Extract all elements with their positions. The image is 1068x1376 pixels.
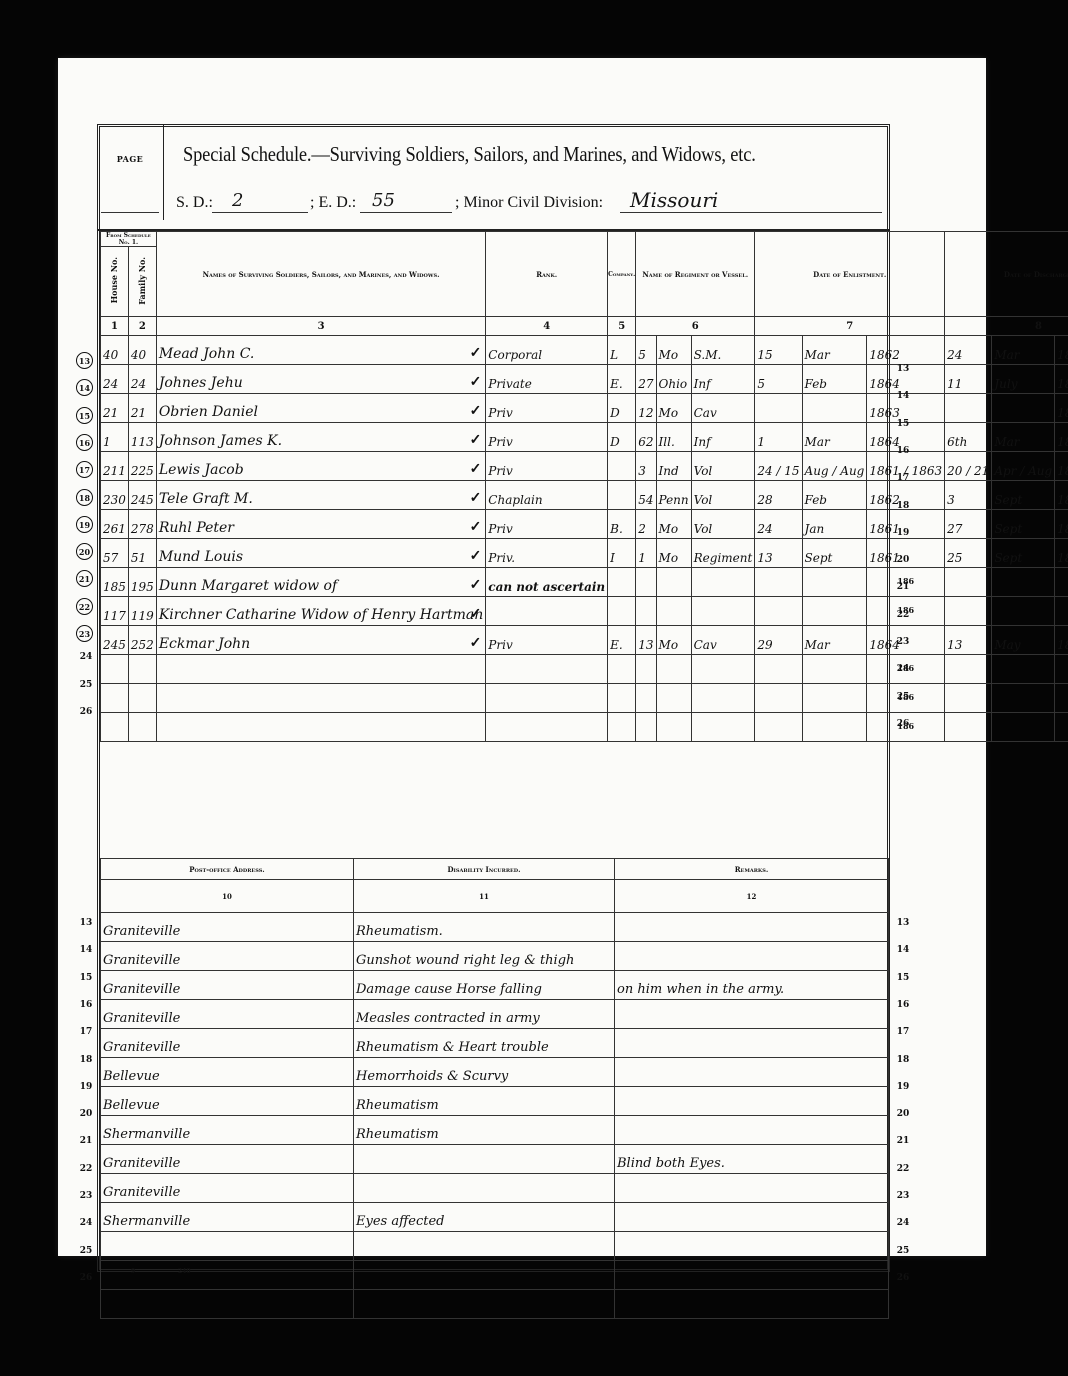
remarks-cell	[615, 1290, 889, 1319]
table-row	[101, 1261, 889, 1290]
disability-cell	[354, 1174, 615, 1203]
line-number-right: 22	[893, 610, 913, 620]
address-cell: Graniteville	[101, 1145, 354, 1174]
discharge-day-cell	[945, 394, 992, 423]
line-number-right: 26	[893, 1273, 913, 1283]
discharge-year-cell: 1865	[1055, 365, 1068, 394]
table-row: GranitevilleRheumatism & Heart trouble	[101, 1029, 889, 1058]
regiment-state-cell	[656, 597, 691, 626]
disability-cell: Eyes affected	[354, 1203, 615, 1232]
discharge-day-cell: 6th	[945, 423, 992, 452]
regiment-type-cell	[691, 713, 755, 742]
footer-code-b: 240	[178, 1268, 191, 1275]
enlistment-month-cell	[802, 597, 867, 626]
name-cell: Mund Louis✓	[156, 539, 485, 568]
regiment-type-cell: Cav	[691, 394, 755, 423]
line-number-right: 26	[893, 719, 913, 729]
regiment-state-cell	[656, 713, 691, 742]
discharge-day-cell	[945, 597, 992, 626]
enlistment-day-cell	[755, 713, 802, 742]
colnum-11: 11	[354, 880, 615, 913]
regiment-number-cell: 13	[636, 626, 656, 655]
line-number-right: 17	[893, 1027, 913, 1037]
discharge-year-cell: 1866	[1055, 626, 1068, 655]
family-no-cell	[128, 713, 156, 742]
enlistment-day-cell: 29	[755, 626, 802, 655]
family-no-cell: 252	[128, 626, 156, 655]
enlistment-month-cell: Aug / Aug	[802, 452, 867, 481]
line-number-right: 14	[893, 945, 913, 955]
enlistment-day-cell: 15	[755, 336, 802, 365]
discharge-day-cell	[945, 684, 992, 713]
regiment-number-cell: 3	[636, 452, 656, 481]
name-cell: Johnson James K.✓	[156, 423, 485, 452]
remarks-cell: on him when in the army.	[615, 971, 889, 1000]
remarks-cell: Blind both Eyes.	[615, 1145, 889, 1174]
regiment-state-cell: Mo	[656, 394, 691, 423]
house-no-cell: 57	[101, 539, 129, 568]
remarks-cell	[615, 942, 889, 971]
discharge-month-cell: July	[992, 365, 1055, 394]
company-cell: D	[608, 423, 636, 452]
regiment-state-cell: Ohio	[656, 365, 691, 394]
company-cell	[608, 713, 636, 742]
company-cell	[608, 597, 636, 626]
remarks-cell	[615, 1232, 889, 1261]
col-rank-header: Rank.	[486, 232, 608, 317]
address-cell: Graniteville	[101, 1000, 354, 1029]
house-no-cell	[101, 713, 129, 742]
discharge-year-cell: 186	[1055, 684, 1068, 713]
table-row: BellevueRheumatism	[101, 1087, 889, 1116]
line-number-left: 26	[76, 1273, 96, 1283]
family-no-cell: 245	[128, 481, 156, 510]
family-no-cell	[128, 684, 156, 713]
disability-cell	[354, 1232, 615, 1261]
rank-cell: Priv.	[486, 539, 608, 568]
table-row: 186186	[101, 655, 1068, 684]
enlistment-month-cell	[802, 684, 867, 713]
house-no-cell	[101, 655, 129, 684]
discharge-day-cell: 24	[945, 336, 992, 365]
discharge-year-cell: 1862 / 1865	[1055, 452, 1068, 481]
table-row: Graniteville	[101, 1174, 889, 1203]
sd-value: 2	[232, 190, 243, 211]
regiment-type-cell: Vol	[691, 452, 755, 481]
line-number-left: 14	[76, 945, 96, 955]
address-cell	[101, 1232, 354, 1261]
line-number-right: 15	[893, 419, 913, 429]
disability-cell: Gunshot wound right leg & thigh	[354, 942, 615, 971]
checkmark-icon: ✓	[470, 635, 482, 651]
address-cell: Shermanville	[101, 1116, 354, 1145]
disability-cell: Rheumatism	[354, 1116, 615, 1145]
name-cell	[156, 684, 485, 713]
mcd-fill-line	[620, 212, 882, 213]
colnum-1: 1	[101, 317, 129, 336]
company-cell: I	[608, 539, 636, 568]
enlistment-month-cell	[802, 713, 867, 742]
line-number-left: 23	[76, 625, 93, 642]
enlistment-day-cell: 5	[755, 365, 802, 394]
remarks-cell	[615, 1174, 889, 1203]
line-number-left: 22	[76, 1164, 96, 1174]
line-number-left: 24	[76, 652, 96, 662]
col-enlistment-header: Date of Enlistment.	[755, 232, 945, 317]
disability-cell: Rheumatism.	[354, 913, 615, 942]
family-no-cell: 113	[128, 423, 156, 452]
address-cell: Graniteville	[101, 971, 354, 1000]
rank-cell: Corporal	[486, 336, 608, 365]
remarks-cell	[615, 1203, 889, 1232]
table-row: 5751Mund Louis✓Priv.I1MoRegiment13Sept18…	[101, 539, 1068, 568]
house-no-cell: 230	[101, 481, 129, 510]
sd-fill-line	[212, 212, 308, 213]
regiment-type-cell: Vol	[691, 510, 755, 539]
regiment-type-cell: Inf	[691, 365, 755, 394]
company-cell: L	[608, 336, 636, 365]
discharge-day-cell	[945, 713, 992, 742]
disability-cell: Measles contracted in army	[354, 1000, 615, 1029]
line-number-right: 15	[893, 973, 913, 983]
checkmark-icon: ✓	[470, 519, 482, 535]
line-number-left: 22	[76, 598, 93, 615]
regiment-number-cell	[636, 713, 656, 742]
address-cell	[101, 1261, 354, 1290]
disability-cell: Rheumatism	[354, 1087, 615, 1116]
line-number-right: 21	[893, 582, 913, 592]
house-no-cell: 185	[101, 568, 129, 597]
colnum-3: 3	[156, 317, 485, 336]
rank-cell: Priv	[486, 423, 608, 452]
disability-cell: Rheumatism & Heart trouble	[354, 1029, 615, 1058]
checkmark-icon: ✓	[470, 577, 482, 593]
line-number-right: 16	[893, 446, 913, 456]
enlistment-month-cell: Jan	[802, 510, 867, 539]
table-row: 2121Obrien Daniel✓PrivD12MoCav18631865	[101, 394, 1068, 423]
enlistment-year-cell: 1862	[867, 336, 945, 365]
line-number-left: 13	[76, 918, 96, 928]
discharge-month-cell	[992, 713, 1055, 742]
line-number-left: 25	[76, 1246, 96, 1256]
company-cell	[608, 568, 636, 597]
line-number-left: 18	[76, 489, 93, 506]
regiment-type-cell: Inf	[691, 423, 755, 452]
discharge-day-cell: 13	[945, 626, 992, 655]
name-cell: Dunn Margaret widow of✓	[156, 568, 485, 597]
remarks-cell	[615, 1116, 889, 1145]
table-row: 2424Johnes Jehu✓PrivateE.27OhioInf5Feb18…	[101, 365, 1068, 394]
remarks-cell	[615, 1000, 889, 1029]
regiment-number-cell: 54	[636, 481, 656, 510]
address-cell: Graniteville	[101, 1174, 354, 1203]
line-number-right: 17	[893, 473, 913, 483]
name-cell	[156, 655, 485, 684]
regiment-state-cell: Mo	[656, 510, 691, 539]
regiment-state-cell: Ind	[656, 452, 691, 481]
family-no-cell: 24	[128, 365, 156, 394]
enlistment-month-cell: Mar	[802, 626, 867, 655]
enlistment-month-cell	[802, 655, 867, 684]
line-number-left: 21	[76, 1136, 96, 1146]
from-schedule-header: From Schedule No. 1.	[101, 232, 157, 247]
enlistment-day-cell	[755, 597, 802, 626]
enlistment-month-cell: Feb	[802, 481, 867, 510]
discharge-month-cell	[992, 597, 1055, 626]
enlistment-day-cell	[755, 394, 802, 423]
remarks-cell	[615, 1058, 889, 1087]
regiment-type-cell: Vol	[691, 481, 755, 510]
line-number-left: 24	[76, 1218, 96, 1228]
table-row: GranitevilleDamage cause Horse fallingon…	[101, 971, 889, 1000]
enlistment-day-cell: 1	[755, 423, 802, 452]
checkmark-icon: ✓	[470, 345, 482, 361]
regiment-number-cell: 12	[636, 394, 656, 423]
table-row: GranitevilleMeasles contracted in army	[101, 1000, 889, 1029]
discharge-month-cell	[992, 684, 1055, 713]
rank-cell	[486, 713, 608, 742]
line-number-right: 13	[893, 364, 913, 374]
colnum-6: 6	[636, 317, 755, 336]
discharge-month-cell: Mar	[992, 336, 1055, 365]
discharge-year-cell: 1865	[1055, 394, 1068, 423]
enlistment-month-cell: Sept	[802, 539, 867, 568]
family-no-cell: 225	[128, 452, 156, 481]
enlistment-month-cell: Feb	[802, 365, 867, 394]
discharge-day-cell: 3	[945, 481, 992, 510]
name-cell: Kirchner Catharine Widow of Henry Hartma…	[156, 597, 485, 626]
regiment-state-cell	[656, 568, 691, 597]
table-row: 4040Mead John C.✓CorporalL5MoS.M.15Mar18…	[101, 336, 1068, 365]
line-number-right: 20	[893, 555, 913, 565]
col-address-header: Post-office Address.	[101, 859, 354, 880]
col-remarks-header: Remarks.	[615, 859, 889, 880]
line-number-left: 13	[76, 352, 93, 369]
line-number-right: 19	[893, 1082, 913, 1092]
line-number-right: 14	[893, 391, 913, 401]
discharge-month-cell: Sept	[992, 539, 1055, 568]
table-row: 186186	[101, 684, 1068, 713]
house-no-cell: 40	[101, 336, 129, 365]
regiment-type-cell: Regiment	[691, 539, 755, 568]
line-number-right: 20	[893, 1109, 913, 1119]
discharge-month-cell: Sept	[992, 481, 1055, 510]
rank-cell: Priv	[486, 510, 608, 539]
discharge-day-cell: 20 / 21	[945, 452, 992, 481]
line-number-right: 23	[893, 1191, 913, 1201]
rank-cell: Priv	[486, 452, 608, 481]
regiment-type-cell	[691, 655, 755, 684]
mcd-value: Missouri	[630, 188, 718, 212]
remarks-cell	[615, 1087, 889, 1116]
enlistment-month-cell: Mar	[802, 423, 867, 452]
ed-label: ; E. D.:	[310, 194, 356, 212]
regiment-state-cell: Mo	[656, 336, 691, 365]
enlistment-month-cell	[802, 394, 867, 423]
rank-cell	[486, 655, 608, 684]
disability-cell	[354, 1145, 615, 1174]
col-family-header: Family No.	[128, 247, 156, 317]
line-number-left: 20	[76, 1109, 96, 1119]
regiment-number-cell: 2	[636, 510, 656, 539]
regiment-type-cell	[691, 684, 755, 713]
name-cell: Mead John C.✓	[156, 336, 485, 365]
family-no-cell	[128, 655, 156, 684]
line-number-right: 24	[893, 664, 913, 674]
checkmark-icon: ✓	[470, 606, 482, 622]
address-cell: Graniteville	[101, 913, 354, 942]
discharge-year-cell: 1864	[1055, 481, 1068, 510]
regiment-number-cell	[636, 684, 656, 713]
discharge-month-cell: May	[992, 626, 1055, 655]
checkmark-icon: ✓	[470, 403, 482, 419]
company-cell: E.	[608, 626, 636, 655]
regiment-type-cell	[691, 568, 755, 597]
ed-value: 55	[372, 190, 395, 211]
regiment-number-cell	[636, 597, 656, 626]
discharge-year-cell: 186	[1055, 597, 1068, 626]
regiment-number-cell: 62	[636, 423, 656, 452]
regiment-number-cell: 1	[636, 539, 656, 568]
table-row: 230245Tele Graft M.✓Chaplain54PennVol28F…	[101, 481, 1068, 510]
regiment-type-cell: Cav	[691, 626, 755, 655]
regiment-type-cell	[691, 597, 755, 626]
regiment-state-cell	[656, 655, 691, 684]
house-no-cell: 21	[101, 394, 129, 423]
colnum-5: 5	[608, 317, 636, 336]
line-number-right: 13	[893, 918, 913, 928]
enlistment-month-cell	[802, 568, 867, 597]
rank-cell: Chaplain	[486, 481, 608, 510]
family-no-cell: 21	[128, 394, 156, 423]
line-number-left: 19	[76, 1082, 96, 1092]
col-names-header: Names of Surviving Soldiers, Sailors, an…	[156, 232, 485, 317]
col-regiment-header: Name of Regiment or Vessel.	[636, 232, 755, 317]
regiment-number-cell: 5	[636, 336, 656, 365]
name-cell: Lewis Jacob✓	[156, 452, 485, 481]
colnum-8: 8	[945, 317, 1068, 336]
enlistment-day-cell: 28	[755, 481, 802, 510]
col-house-header: House No.	[101, 247, 129, 317]
colnum-12: 12	[615, 880, 889, 913]
family-no-cell: 51	[128, 539, 156, 568]
table-row: ShermanvilleRheumatism	[101, 1116, 889, 1145]
regiment-number-cell: 27	[636, 365, 656, 394]
line-number-left: 26	[76, 707, 96, 717]
table-row: 185195Dunn Margaret widow of✓can not asc…	[101, 568, 1068, 597]
table-row	[101, 1290, 889, 1319]
line-number-left: 15	[76, 407, 93, 424]
line-number-right: 25	[893, 1246, 913, 1256]
checkmark-icon: ✓	[470, 461, 482, 477]
ed-fill-line	[360, 212, 452, 213]
table-row	[101, 1232, 889, 1261]
family-no-cell: 119	[128, 597, 156, 626]
sd-label: S. D.:	[176, 194, 213, 212]
line-number-left: 20	[76, 543, 93, 560]
line-number-right: 23	[893, 637, 913, 647]
checkmark-icon: ✓	[470, 374, 482, 390]
colnum-10: 10	[101, 880, 354, 913]
address-cell: Bellevue	[101, 1058, 354, 1087]
discharge-month-cell: Apr / Aug	[992, 452, 1055, 481]
company-cell: B.	[608, 510, 636, 539]
page-label: Page	[97, 154, 163, 164]
checkmark-icon: ✓	[470, 548, 482, 564]
address-cell: Graniteville	[101, 1029, 354, 1058]
enlistment-day-cell: 24	[755, 510, 802, 539]
table-row: 117119Kirchner Catharine Widow of Henry …	[101, 597, 1068, 626]
line-number-left: 16	[76, 434, 93, 451]
line-number-right: 16	[893, 1000, 913, 1010]
colnum-4: 4	[486, 317, 608, 336]
discharge-day-cell: 27	[945, 510, 992, 539]
rank-cell: can not ascertain	[486, 568, 608, 597]
table-row: BellevueHemorrhoids & Scurvy	[101, 1058, 889, 1087]
line-number-left: 18	[76, 1055, 96, 1065]
discharge-day-cell: 25	[945, 539, 992, 568]
discharge-month-cell	[992, 394, 1055, 423]
line-number-right: 22	[893, 1164, 913, 1174]
rank-cell	[486, 597, 608, 626]
colnum-2: 2	[128, 317, 156, 336]
line-number-right: 19	[893, 528, 913, 538]
table-row: 211225Lewis Jacob✓Priv3IndVol24 / 15Aug …	[101, 452, 1068, 481]
rank-cell: Priv	[486, 394, 608, 423]
line-number-left: 23	[76, 1191, 96, 1201]
table-row: GranitevilleGunshot wound right leg & th…	[101, 942, 889, 971]
discharge-month-cell	[992, 655, 1055, 684]
regiment-state-cell: Ill.	[656, 423, 691, 452]
address-disability-table: Post-office Address. Disability Incurred…	[100, 858, 889, 1319]
rank-cell: Private	[486, 365, 608, 394]
rank-cell: Priv	[486, 626, 608, 655]
name-cell: Eckmar John✓	[156, 626, 485, 655]
discharge-month-cell	[992, 568, 1055, 597]
checkmark-icon: ✓	[470, 432, 482, 448]
company-cell: D	[608, 394, 636, 423]
regiment-number-cell	[636, 655, 656, 684]
name-cell: Obrien Daniel✓	[156, 394, 485, 423]
address-cell	[101, 1290, 354, 1319]
discharge-day-cell	[945, 568, 992, 597]
mcd-label: ; Minor Civil Division:	[455, 194, 603, 212]
table-row: 245252Eckmar John✓PrivE.13MoCav29Mar1864…	[101, 626, 1068, 655]
house-no-cell: 245	[101, 626, 129, 655]
regiment-state-cell: Mo	[656, 539, 691, 568]
discharge-year-cell: 186	[1055, 713, 1068, 742]
house-no-cell: 24	[101, 365, 129, 394]
line-number-right: 25	[893, 692, 913, 702]
discharge-year-cell: 1864	[1055, 510, 1068, 539]
enlistment-day-cell	[755, 684, 802, 713]
family-no-cell: 195	[128, 568, 156, 597]
name-cell	[156, 713, 485, 742]
address-cell: Graniteville	[101, 942, 354, 971]
discharge-day-cell	[945, 655, 992, 684]
soldiers-table: From Schedule No. 1. Names of Surviving …	[100, 231, 1068, 742]
name-cell: Tele Graft M.✓	[156, 481, 485, 510]
regiment-state-cell: Mo	[656, 626, 691, 655]
company-cell: E.	[608, 365, 636, 394]
line-number-left: 15	[76, 973, 96, 983]
line-number-left: 19	[76, 516, 93, 533]
checkmark-icon: ✓	[470, 490, 482, 506]
remarks-cell	[615, 1261, 889, 1290]
house-no-cell: 211	[101, 452, 129, 481]
enlistment-day-cell	[755, 568, 802, 597]
family-no-cell: 278	[128, 510, 156, 539]
